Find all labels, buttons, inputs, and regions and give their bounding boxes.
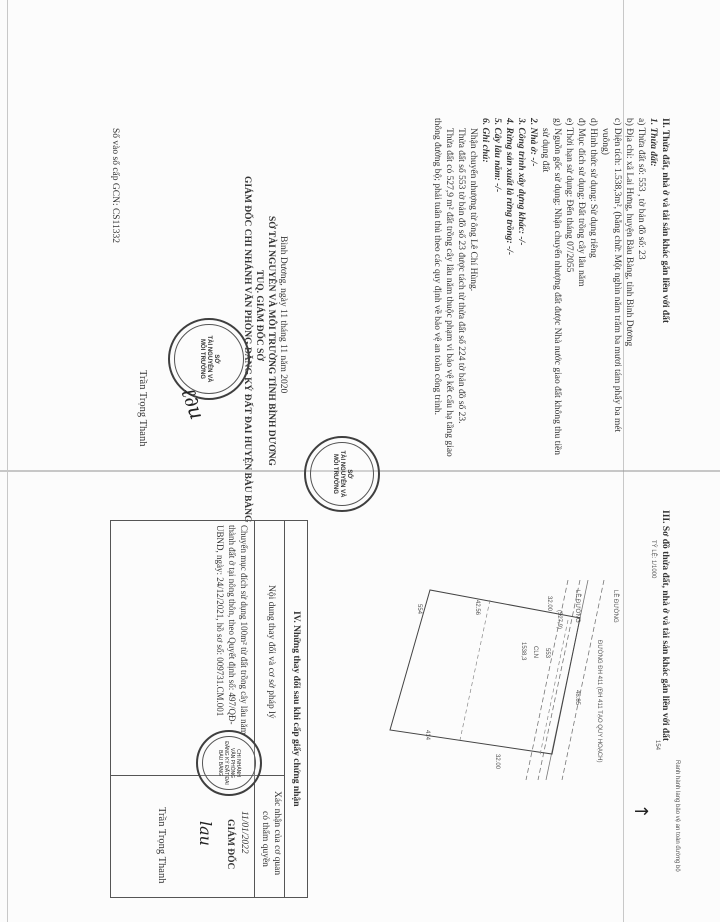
parcel-label: CLN [532,646,538,658]
arrow-marker-icon: → [634,801,649,822]
col-header-confirm-2: có thẩm quyền [259,811,271,867]
department-stamp-middle: SỞ TÀI NGUYÊN VÀ MÔI TRƯỜNG [304,436,380,512]
road-edge-1: LỀ ĐƯỜNG [612,590,618,623]
change-row-line-3: UBND, ngày: 24/12/2021, hồ sơ số: 009731… [214,525,226,716]
section-iv-title: IV. Những thay đổi sau khi cấp giấy chứn… [290,611,302,807]
area-line: c) Diện tích: 1.538,3m², (bằng chữ: Một … [611,118,623,432]
sign-date-line: Bình Dương, ngày 11 tháng 11 năm 2020 [277,236,289,393]
registry-office-stamp: CHI NHÁNH VĂN PHÒNG ĐĂNG KÝ ĐẤT ĐAI BÀU … [196,730,262,796]
usage-purpose-line: đ) Mục đích sử dụng: Đất trồng cây lâu n… [575,118,587,286]
address-line: b) Địa chỉ: xã Lai Hưng, huyện Bàu Bàng,… [623,118,635,346]
neighbor-parcel-2: 414 [424,730,430,740]
dim-left: 32.00 [546,596,552,611]
parcel-area: 1538,3 [520,642,526,660]
col-header-changes: Nội dung thay đổi và cơ sở pháp lý [265,585,277,719]
road-name: ĐƯỜNG ĐH 411 (ĐH 411 TẠO QUY HOẠCH) [596,640,602,763]
land-heading: 1. Thửa đất: [647,118,659,167]
department-stamp-left: SỞ TÀI NGUYÊN VÀ MÔI TRƯỜNG [168,318,250,400]
area-line-cont: vuông) [599,128,611,155]
signer-name-right: Trần Trọng Thanh [156,807,168,883]
changes-table: IV. Những thay đổi sau khi cấp giấy chứn… [110,520,308,898]
dim-top: 48.85 [574,690,580,705]
road-edge-2: LỀ ĐƯỜNG [574,590,580,623]
usage-origin-cont: sử dụng đất [539,128,551,172]
sign-org-2: TUQ. GIÁM ĐỐC SỞ [253,270,265,361]
change-row-line-2: thành đất ở tại nông thôn, theo Quyết đị… [226,525,238,725]
inner-area: (527,9) [556,610,562,629]
parcel-number-line: a) Thửa đất số: 553 , tờ bản đồ số: 23 [635,118,647,260]
confirm-title: GIÁM ĐỐC [224,819,236,869]
signer-name-left: Trần Trọng Thanh [137,370,149,446]
change-row-line-1: Chuyển mục đích sử dụng 100m² từ đất trồ… [238,525,250,735]
note-line-4: thông đường bộ; phải tuân thủ theo các q… [431,118,443,415]
other-construction-line: 3. Công trình xây dựng khác: -/- [515,118,527,245]
note-line-2: Thửa đất số 553 tờ bản đồ số 23 được tác… [455,128,467,424]
rotated-certificate-sheet: II. Thửa đất, nhà ở và tài sản khác gắn … [0,0,720,922]
parcel-number: 553 [544,648,550,658]
confirm-date: 11/01/2022 [238,811,250,854]
production-forest-line: 4. Rừng sản xuất là rừng trồng: -/- [503,118,515,255]
usage-origin-line: g) Nguồn gốc sử dụng: Nhận chuyển nhượng… [551,118,563,455]
page-edge-bottom [7,0,8,922]
section-iii-title: III. Sơ đồ thửa đất, nhà ở và tài sản kh… [659,510,671,741]
table-divider-h2 [254,521,255,897]
notes-heading: 6. Ghi chú: [479,118,491,163]
map-scale: TỶ LỆ: 1/1000 [650,540,656,578]
note-line-1: Nhận chuyển nhượng từ ông Lê Chí Hùng. [467,128,479,291]
neighbor-parcel-1: 154 [654,740,660,750]
dim-bottom: 42.56 [474,600,480,615]
registry-number: Số vào sổ cấp GCN: CS11332 [109,128,121,243]
usage-term-line: e) Thời hạn sử dụng: Đến tháng 07/2055 [563,118,575,272]
signature-right: lau [196,821,215,846]
section-ii-title: II. Thửa đất, nhà ở và tài sản khác gắn … [659,118,671,323]
scanned-document-page: II. Thửa đất, nhà ở và tài sản khác gắn … [0,0,720,922]
col-header-confirm-1: Xác nhận của cơ quan [271,791,283,875]
sign-org-1: SỞ TÀI NGUYÊN VÀ MÔI TRƯỜNG TỈNH BÌNH DƯ… [265,216,277,466]
corridor-note: Ranh hành lang bảo vệ an toàn đường bộ [674,760,680,872]
note-line-3: Thửa đất có 527,9 m² đất trồng cây lâu n… [443,128,455,457]
dim-right: 32.00 [494,754,500,769]
table-divider-h1 [284,521,285,897]
house-line: 2. Nhà ở: -/- [527,118,539,166]
perennial-trees-line: 5. Cây lâu năm: -/- [491,118,503,192]
neighbor-parcel-3: 554 [416,604,422,614]
usage-form-line: d) Hình thức sử dụng: Sử dụng riêng [587,118,599,258]
